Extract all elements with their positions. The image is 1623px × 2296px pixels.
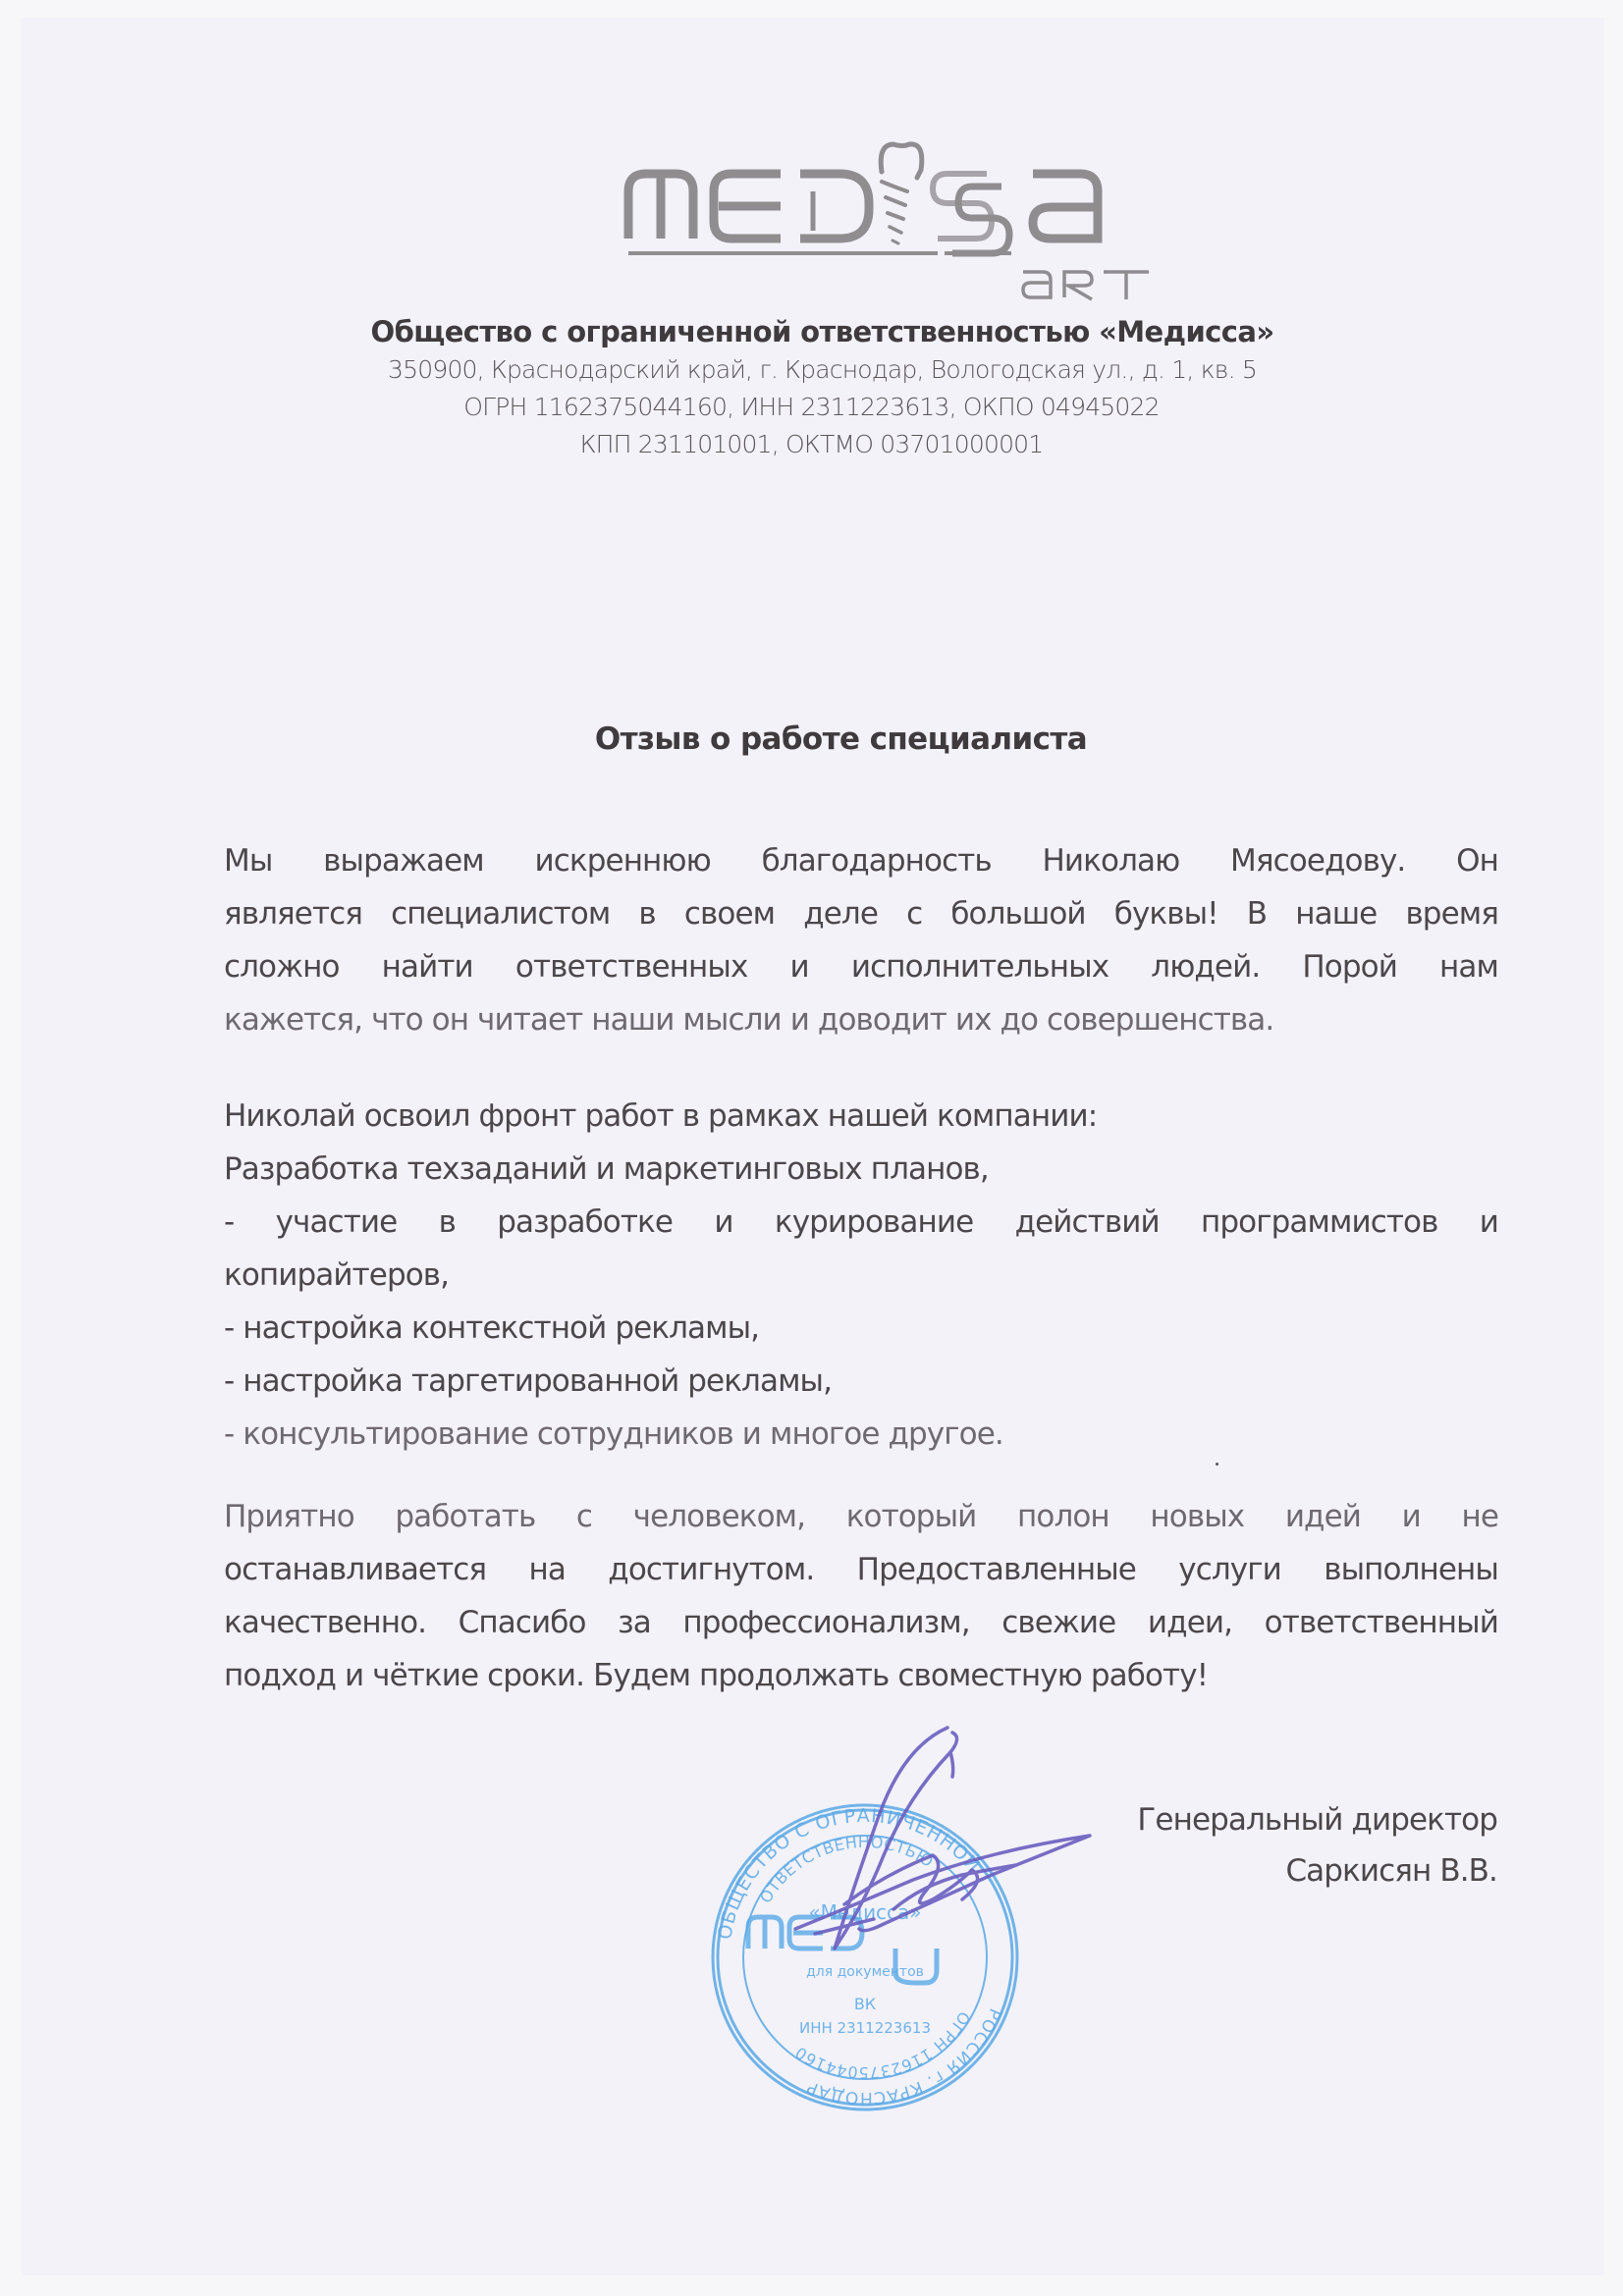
medisa-art-logo-icon — [599, 133, 1178, 304]
duty-item: - консультирование сотрудников и многое … — [224, 1408, 1498, 1461]
text-line: Приятно работать с человеком, который по… — [224, 1490, 1498, 1543]
duty-item: - участие в разработке и курирование дей… — [224, 1196, 1498, 1249]
company-name: Общество с ограниченной ответственностью… — [0, 312, 1623, 351]
svg-text:ИНН 2311223613: ИНН 2311223613 — [799, 2019, 931, 2037]
paragraph-gratitude: Мы выражаем искреннюю благодарность Нико… — [224, 834, 1498, 1046]
company-header: Общество с ограниченной ответственностью… — [0, 312, 1623, 463]
text-line: качественно. Спасибо за профессионализм,… — [224, 1596, 1498, 1649]
duty-item: - настройка контекстной рекламы, — [224, 1302, 1498, 1355]
company-registration: ОГРН 1162375044160, ИНН 2311223613, ОКПО… — [0, 389, 1623, 426]
text-line: является специалистом в своем деле с бол… — [224, 887, 1498, 940]
duty-item: - настройка таргетированной рекламы, — [224, 1355, 1498, 1408]
duties-intro: Николай освоил фронт работ в рамках наше… — [224, 1090, 1498, 1143]
company-address: 350900, Краснодарский край, г. Краснодар… — [0, 351, 1623, 389]
signatory-position: Генеральный директор — [1137, 1802, 1497, 1838]
document-title: Отзыв о работе специалиста — [0, 721, 1623, 757]
handwritten-signature — [776, 1708, 1247, 2002]
scan-artifact-dot — [1216, 1463, 1218, 1466]
company-codes: КПП 231101001, ОКТМО 03701000001 — [0, 426, 1623, 463]
text-line: останавливается на достигнутом. Предоста… — [224, 1543, 1498, 1596]
text-line: сложно найти ответственных и исполнитель… — [224, 940, 1498, 993]
signatory-name: Саркисян В.В. — [1285, 1853, 1497, 1889]
duty-item-continued: копирайтеров, — [224, 1249, 1498, 1302]
duty-item: Разработка техзаданий и маркетинговых пл… — [224, 1143, 1498, 1196]
text-line: Мы выражаем искреннюю благодарность Нико… — [224, 834, 1498, 887]
text-line: кажется, что он читает наши мысли и дово… — [224, 993, 1498, 1046]
signature-scribble-icon — [776, 1708, 1247, 2002]
company-logo — [599, 133, 1178, 304]
text-line: подход и чёткие сроки. Будем продолжать … — [224, 1649, 1498, 1702]
paragraph-duties: Николай освоил фронт работ в рамках наше… — [224, 1090, 1498, 1461]
paragraph-conclusion: Приятно работать с человеком, который по… — [224, 1490, 1498, 1702]
